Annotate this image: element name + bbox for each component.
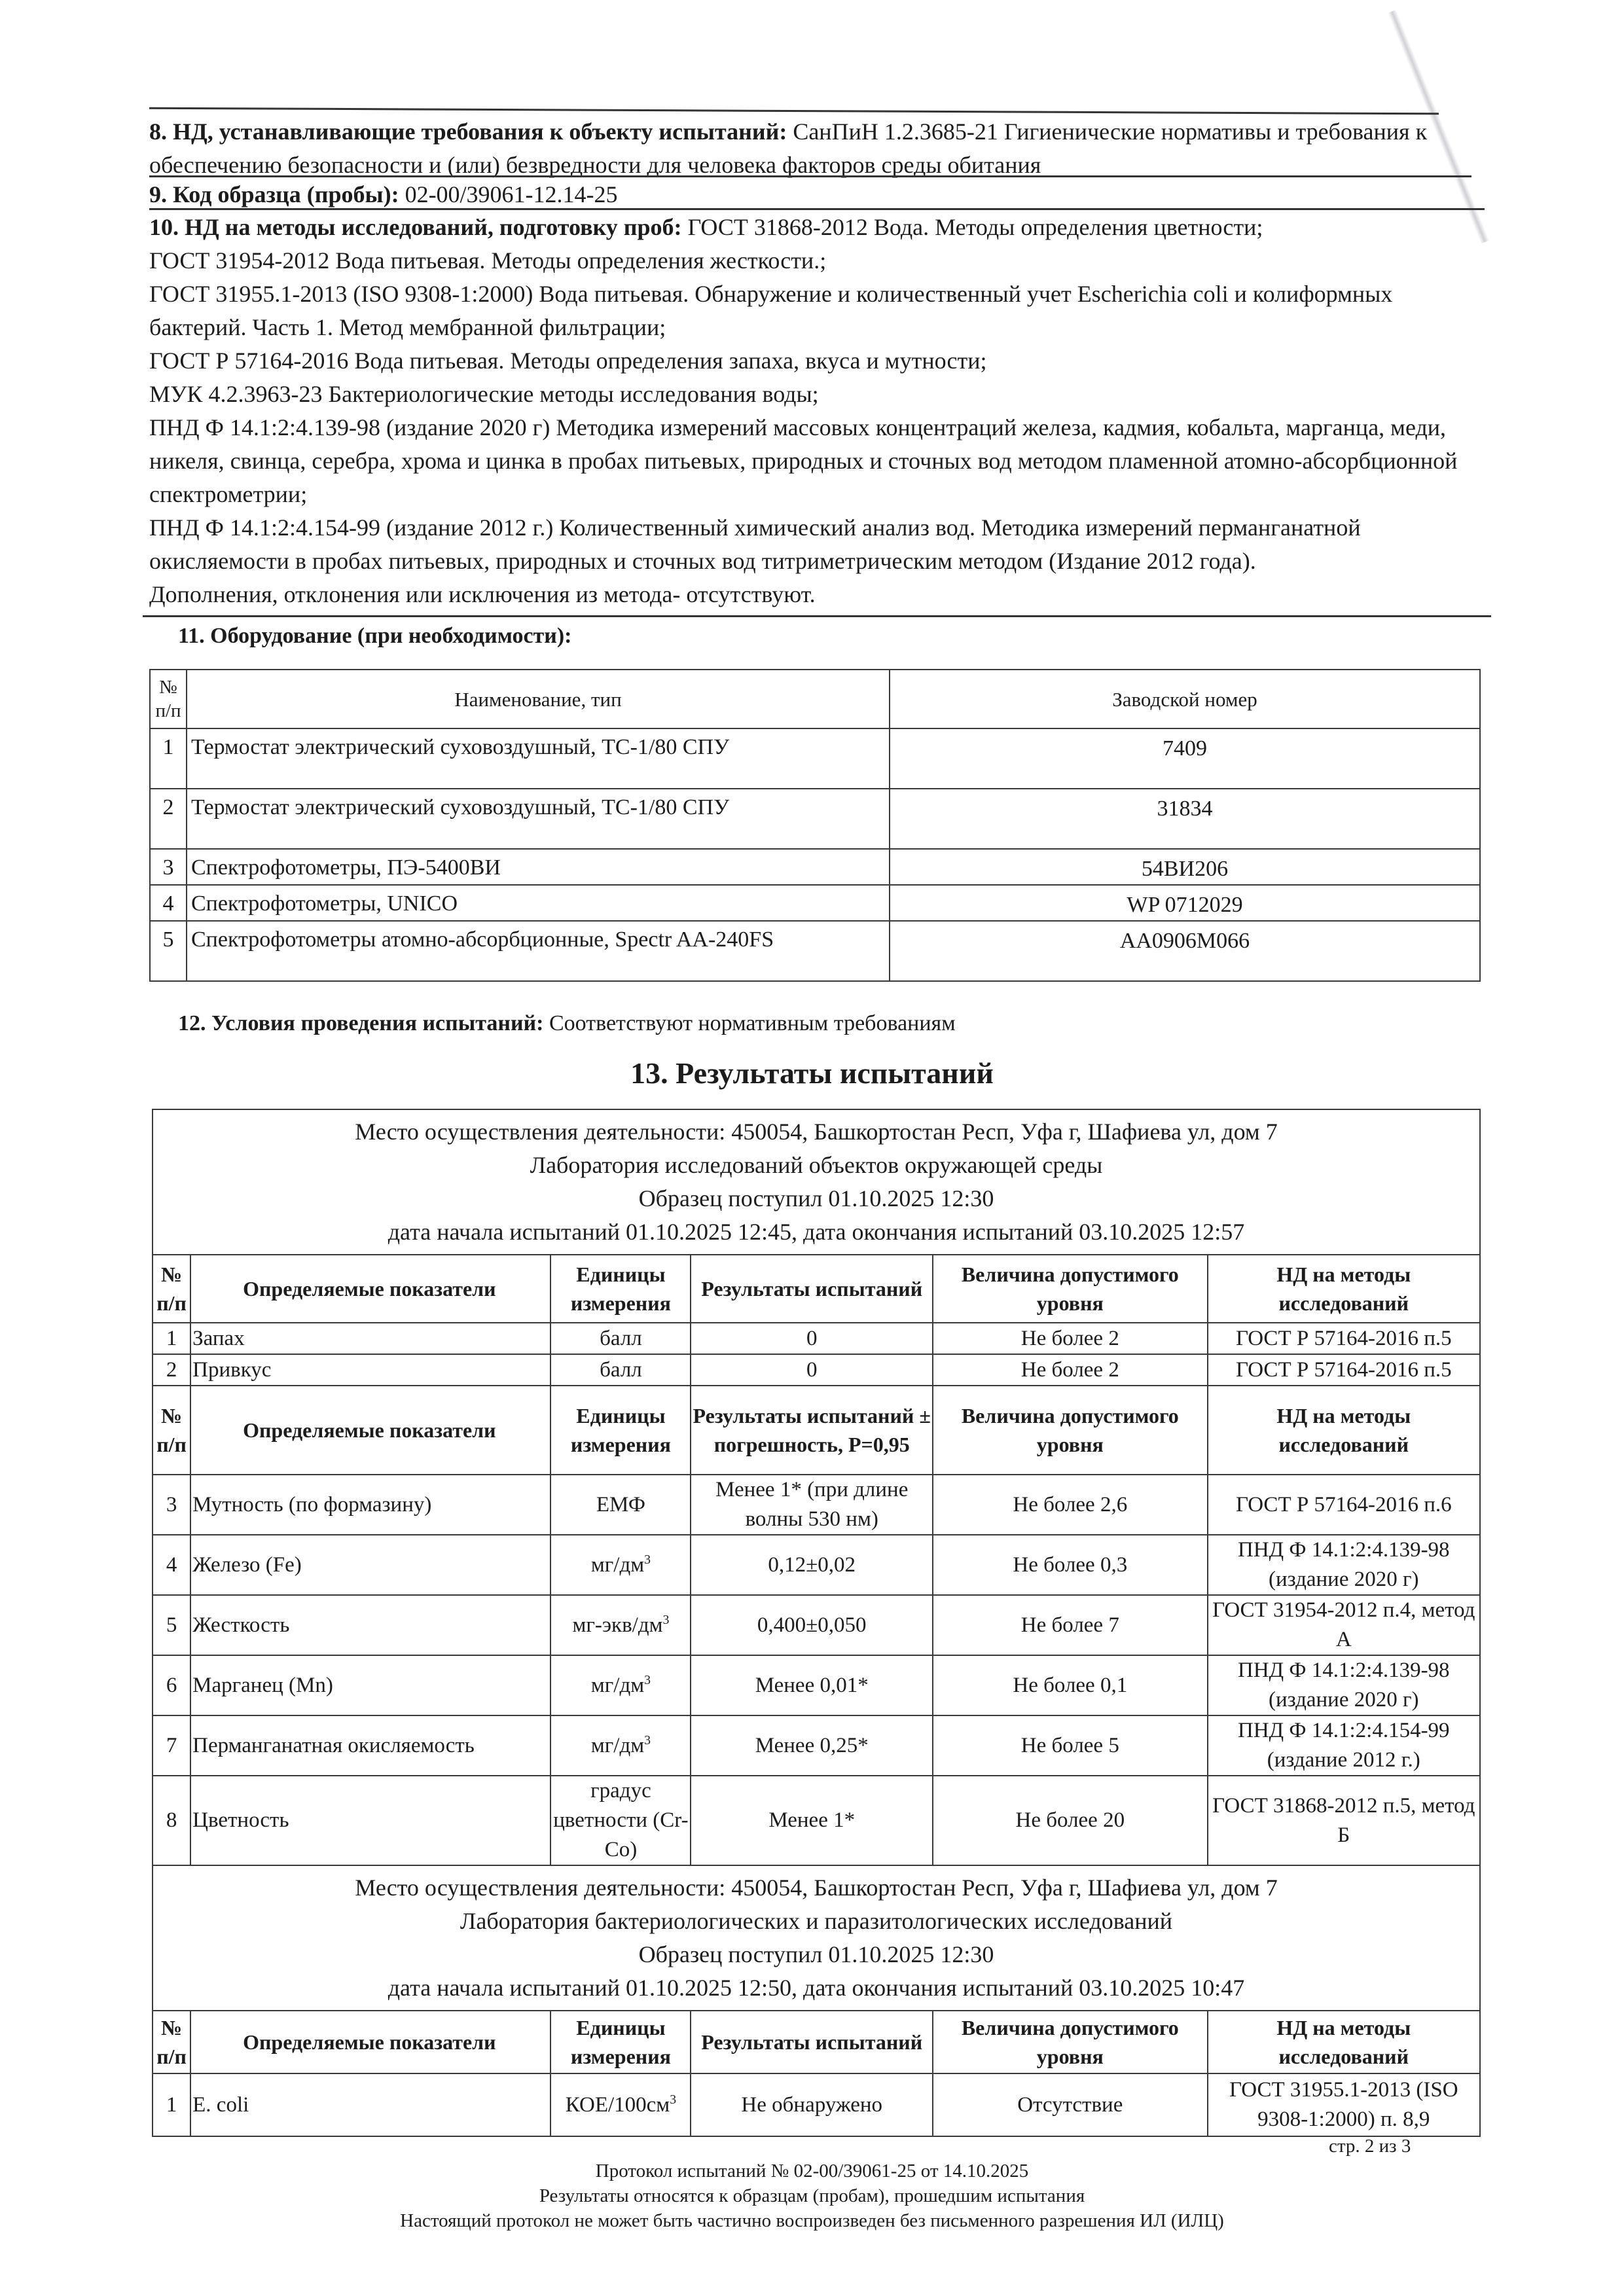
row-num: 3 (153, 1475, 190, 1535)
table-row: 3 Спектрофотометры, ПЭ-5400ВИ 54ВИ206 (150, 849, 1480, 885)
col-method-header: НД на методы исследований (1208, 1255, 1480, 1323)
method: ПНД Ф 14.1:2:4.139-98 (издание 2020 г) (1208, 1535, 1480, 1595)
equipment-name: Спектрофотометры, ПЭ-5400ВИ (187, 849, 890, 885)
section-10: 10. НД на методы исследований, подготовк… (149, 211, 1485, 611)
footer-note-copy: Настоящий протокол не может быть частичн… (0, 2208, 1624, 2233)
result: 0,12±0,02 (691, 1535, 933, 1595)
indicator: Мутность (по формазину) (190, 1475, 550, 1535)
units: ЕМФ (550, 1475, 691, 1535)
units-text: мг/дм (591, 1553, 644, 1577)
footer-note-results: Результаты относятся к образцам (пробам)… (0, 2183, 1624, 2208)
row-num: 1 (153, 2073, 190, 2136)
equipment-name: Спектрофотометры, UNICO (187, 885, 890, 921)
section-9-label: 9. Код образца (пробы): (149, 181, 399, 207)
units: балл (550, 1323, 691, 1354)
indicator: Привкус (190, 1354, 550, 1386)
divider (149, 107, 1439, 115)
result: Менее 1* (691, 1776, 933, 1865)
row-num: 4 (153, 1535, 190, 1595)
limit: Не более 2 (933, 1323, 1208, 1354)
result: 0,400±0,050 (691, 1595, 933, 1655)
method-line: Дополнения, отклонения или исключения из… (149, 578, 1485, 611)
section-8: 8. НД, устанавливающие требования к объе… (149, 115, 1458, 182)
method: ГОСТ Р 57164-2016 п.5 (1208, 1323, 1480, 1354)
method-line: ГОСТ 31955.1-2013 (ISO 9308-1:2000) Вода… (149, 278, 1485, 344)
table-row: 2 Привкус балл 0 Не более 2 ГОСТ Р 57164… (153, 1354, 1480, 1386)
serial-number: 7409 (890, 728, 1480, 789)
method: ГОСТ Р 57164-2016 п.6 (1208, 1475, 1480, 1535)
indicator: Запах (190, 1323, 550, 1354)
row-num: 5 (150, 921, 187, 981)
method: ПНД Ф 14.1:2:4.139-98 (издание 2020 г) (1208, 1655, 1480, 1715)
lab1-name: Лаборатория исследований объектов окружа… (153, 1149, 1479, 1182)
lab1-info: Место осуществления деятельности: 450054… (153, 1109, 1480, 1255)
result: Менее 1* (при длине волны 530 нм) (691, 1475, 933, 1535)
section-9: 9. Код образца (пробы): 02-00/39061-12.1… (149, 178, 1458, 211)
lab2-dates: дата начала испытаний 01.10.2025 12:50, … (153, 1971, 1479, 2005)
lab1-received: Образец поступил 01.10.2025 12:30 (153, 1182, 1479, 1215)
row-num: 8 (153, 1776, 190, 1865)
equipment-name: Термостат электрический суховоздушный, Т… (187, 728, 890, 789)
table-header-row: № п/п Определяемые показатели Единицы из… (153, 1386, 1480, 1475)
table-row: 5 Жесткость мг-экв/дм3 0,400±0,050 Не бо… (153, 1595, 1480, 1655)
table-row: 1 Запах балл 0 Не более 2 ГОСТ Р 57164-2… (153, 1323, 1480, 1354)
result: 0 (691, 1323, 933, 1354)
method: ГОСТ 31954-2012 п.4, метод А (1208, 1595, 1480, 1655)
table-row: 4 Спектрофотометры, UNICO WP 0712029 (150, 885, 1480, 921)
indicator: Железо (Fe) (190, 1535, 550, 1595)
protocol-page: 8. НД, устанавливающие требования к объе… (0, 0, 1624, 2296)
method-line: ПНД Ф 14.1:2:4.139-98 (издание 2020 г) М… (149, 411, 1485, 511)
result: Менее 0,01* (691, 1655, 933, 1715)
units-text: мг/дм (591, 1674, 644, 1697)
units: балл (550, 1354, 691, 1386)
serial-number: WP 0712029 (890, 885, 1480, 921)
units-text: КОЕ/100см (566, 2093, 670, 2117)
units-text: градус цветности (Cr-Co) (553, 1779, 688, 1861)
indicator: E. coli (190, 2073, 550, 2136)
col-method-header: НД на методы исследований (1208, 2011, 1480, 2073)
col-method-header: НД на методы исследований (1208, 1386, 1480, 1475)
section-10-label: 10. НД на методы исследований, подготовк… (149, 214, 682, 240)
lab1-info-row: Место осуществления деятельности: 450054… (153, 1109, 1480, 1255)
method-line: ПНД Ф 14.1:2:4.154-99 (издание 2012 г.) … (149, 511, 1485, 578)
col-units-header: Единицы измерения (550, 1255, 691, 1323)
col-limit-header: Величина допустимого уровня (933, 1255, 1208, 1323)
equipment-name: Спектрофотометры атомно-абсорбционные, S… (187, 921, 890, 981)
indicator: Перманганатная окисляемость (190, 1715, 550, 1776)
row-num: 2 (153, 1354, 190, 1386)
divider (143, 615, 1491, 617)
limit: Не более 20 (933, 1776, 1208, 1865)
col-serial-header: Заводской номер (890, 670, 1480, 728)
section-12: 12. Условия проведения испытаний: Соотве… (178, 1007, 956, 1040)
result: 0 (691, 1354, 933, 1386)
table-row: 4 Железо (Fe) мг/дм3 0,12±0,02 Не более … (153, 1535, 1480, 1595)
method-line: ГОСТ 31868-2012 Вода. Методы определения… (682, 214, 1263, 240)
lab2-address: Место осуществления деятельности: 450054… (153, 1871, 1479, 1905)
lab2-info: Место осуществления деятельности: 450054… (153, 1865, 1480, 2011)
table-row: 6 Марганец (Mn) мг/дм3 Менее 0,01* Не бо… (153, 1655, 1480, 1715)
method-line: ГОСТ 31954-2012 Вода питьевая. Методы оп… (149, 244, 1485, 278)
table-header-row: № п/п Определяемые показатели Единицы из… (153, 1255, 1480, 1323)
result: Не обнаружено (691, 2073, 933, 2136)
units-sup: 3 (644, 1673, 651, 1687)
units: градус цветности (Cr-Co) (550, 1776, 691, 1865)
col-limit-header: Величина допустимого уровня (933, 2011, 1208, 2073)
method: ГОСТ Р 57164-2016 п.5 (1208, 1354, 1480, 1386)
results-title: 13. Результаты испытаний (0, 1054, 1624, 1093)
protocol-number: Протокол испытаний № 02-00/39061-25 от 1… (0, 2159, 1624, 2183)
units-text: мг/дм (591, 1734, 644, 1757)
table-row: 1 Термостат электрический суховоздушный,… (150, 728, 1480, 789)
row-num: 1 (150, 728, 187, 789)
units-text: мг-экв/дм (572, 1613, 662, 1637)
method: ГОСТ 31955.1-2013 (ISO 9308-1:2000) п. 8… (1208, 2073, 1480, 2136)
units-sup: 3 (663, 1613, 670, 1627)
table-row: 8 Цветность градус цветности (Cr-Co) Мен… (153, 1776, 1480, 1865)
limit: Не более 0,1 (933, 1655, 1208, 1715)
equipment-name: Термостат электрический суховоздушный, Т… (187, 789, 890, 849)
row-num: 7 (153, 1715, 190, 1776)
indicator: Жесткость (190, 1595, 550, 1655)
lab1-dates: дата начала испытаний 01.10.2025 12:45, … (153, 1215, 1479, 1249)
limit: Не более 7 (933, 1595, 1208, 1655)
conditions-text: Соответствуют нормативным требованиям (544, 1011, 956, 1035)
col-result-header: Результаты испытаний (691, 2011, 933, 2073)
limit: Не более 5 (933, 1715, 1208, 1776)
col-num-header: № п/п (153, 1386, 190, 1475)
divider (149, 175, 1471, 177)
row-num: 4 (150, 885, 187, 921)
limit: Не более 2 (933, 1354, 1208, 1386)
result: Менее 0,25* (691, 1715, 933, 1776)
section-11-label: 11. Оборудование (при необходимости): (178, 619, 571, 653)
limit: Отсутствие (933, 2073, 1208, 2136)
col-limit-header: Величина допустимого уровня (933, 1386, 1208, 1475)
row-num: 2 (150, 789, 187, 849)
table-row: 1 E. coli КОЕ/100см3 Не обнаружено Отсут… (153, 2073, 1480, 2136)
table-header-row: № п/п Наименование, тип Заводской номер (150, 670, 1480, 728)
units: мг-экв/дм3 (550, 1595, 691, 1655)
indicator: Цветность (190, 1776, 550, 1865)
method: ГОСТ 31868-2012 п.5, метод Б (1208, 1776, 1480, 1865)
col-result-header: Результаты испытаний ± погрешность, Р=0,… (691, 1386, 933, 1475)
col-units-header: Единицы измерения (550, 2011, 691, 2073)
table-row: 5 Спектрофотометры атомно-абсорбционные,… (150, 921, 1480, 981)
method-line: МУК 4.2.3963-23 Бактериологические метод… (149, 378, 1485, 411)
col-name-header: Наименование, тип (187, 670, 890, 728)
table-header-row: № п/п Определяемые показатели Единицы из… (153, 2011, 1480, 2073)
col-units-header: Единицы измерения (550, 1386, 691, 1475)
col-indicator-header: Определяемые показатели (190, 2011, 550, 2073)
serial-number: 54ВИ206 (890, 849, 1480, 885)
method: ПНД Ф 14.1:2:4.154-99 (издание 2012 г.) (1208, 1715, 1480, 1776)
col-indicator-header: Определяемые показатели (190, 1386, 550, 1475)
sample-code: 02-00/39061-12.14-25 (399, 181, 618, 207)
divider (149, 208, 1485, 210)
units-sup: 3 (644, 1552, 651, 1567)
row-num: 6 (153, 1655, 190, 1715)
indicator: Марганец (Mn) (190, 1655, 550, 1715)
lab2-name: Лаборатория бактериологических и паразит… (153, 1905, 1479, 1938)
col-num-header: № п/п (153, 1255, 190, 1323)
units-sup: 3 (670, 2092, 676, 2107)
equipment-table: № п/п Наименование, тип Заводской номер … (149, 669, 1481, 982)
results-table: Место осуществления деятельности: 450054… (152, 1109, 1481, 2137)
units: мг/дм3 (550, 1715, 691, 1776)
lab2-info-row: Место осуществления деятельности: 450054… (153, 1865, 1480, 2011)
units: мг/дм3 (550, 1535, 691, 1595)
col-num-header: № п/п (153, 2011, 190, 2073)
table-row: 2 Термостат электрический суховоздушный,… (150, 789, 1480, 849)
col-result-header: Результаты испытаний (691, 1255, 933, 1323)
lab2-received: Образец поступил 01.10.2025 12:30 (153, 1938, 1479, 1971)
row-num: 3 (150, 849, 187, 885)
section-8-label: 8. НД, устанавливающие требования к объе… (149, 118, 787, 145)
table-row: 7 Перманганатная окисляемость мг/дм3 Мен… (153, 1715, 1480, 1776)
col-num-header: № п/п (150, 670, 187, 728)
lab1-address: Место осуществления деятельности: 450054… (153, 1115, 1479, 1149)
row-num: 1 (153, 1323, 190, 1354)
units-text: ЕМФ (596, 1493, 645, 1516)
section-12-label: 12. Условия проведения испытаний: (178, 1011, 544, 1035)
limit: Не более 2,6 (933, 1475, 1208, 1535)
row-num: 5 (153, 1595, 190, 1655)
table-row: 3 Мутность (по формазину) ЕМФ Менее 1* (… (153, 1475, 1480, 1535)
serial-number: 31834 (890, 789, 1480, 849)
serial-number: AA0906M066 (890, 921, 1480, 981)
col-indicator-header: Определяемые показатели (190, 1255, 550, 1323)
method-line: ГОСТ Р 57164-2016 Вода питьевая. Методы … (149, 344, 1485, 378)
units-sup: 3 (644, 1733, 651, 1748)
limit: Не более 0,3 (933, 1535, 1208, 1595)
units: мг/дм3 (550, 1655, 691, 1715)
units: КОЕ/100см3 (550, 2073, 691, 2136)
